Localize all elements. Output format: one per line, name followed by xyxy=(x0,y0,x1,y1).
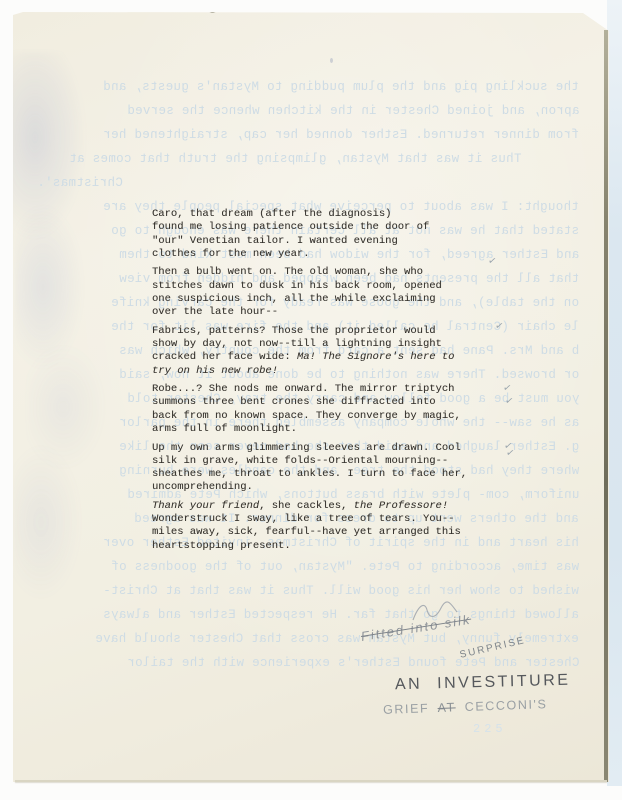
poem-stanza: Caro, that dream (after the diagnosis)fo… xyxy=(152,208,467,261)
bleedthrough-line: the suckling pig and the plum pudding to… xyxy=(103,80,579,94)
poem-segment: sheathes me, throat to ankles. I turn to… xyxy=(152,468,467,480)
poem-segment: Up my own arms glimmering sleeves are dr… xyxy=(152,442,461,454)
poem-line: arms full of moonlight. xyxy=(152,423,467,436)
poem-line: clothes for the new year. xyxy=(152,248,467,261)
poem-line: Robe...? She nods me onward. The mirror … xyxy=(152,383,467,396)
poem-segment: silk in grave, white folds--Oriental mou… xyxy=(152,455,448,467)
poem-line: Caro, that dream (after the diagnosis) xyxy=(152,208,467,221)
poem-segment: "our" Venetian tailor. I wanted evening xyxy=(152,235,398,247)
poem-line: uncomprehending. xyxy=(152,481,467,494)
poem-segment: over the late hour-- xyxy=(152,306,278,318)
poem-line: one suspicious inch, all the while excla… xyxy=(152,293,467,306)
poem-line: found me losing patience outside the doo… xyxy=(152,221,467,234)
poem-segment: stitches dawn to dusk in his back room, … xyxy=(152,280,442,292)
paper-edge-shadow xyxy=(15,780,607,782)
bleedthrough-line: Thus it was that Mystan, glimpsing the t… xyxy=(69,152,521,166)
poem-line: heartstopping present. xyxy=(152,540,467,553)
poem-segment: found me losing patience outside the doo… xyxy=(152,221,429,233)
poem-segment: miles away, sick, fearful--have yet arra… xyxy=(152,526,461,538)
poem-line: "our" Venetian tailor. I wanted evening xyxy=(152,235,467,248)
poem-segment: Caro, that dream (after the diagnosis) xyxy=(152,208,391,220)
bleedthrough-line: Chester and Pete found Esther's experien… xyxy=(127,656,579,670)
poem-italic-segment: try on his new robe! xyxy=(152,365,278,377)
poem-stanza: Up my own arms glimmering sleeves are dr… xyxy=(152,442,467,495)
poem-segment: Fabrics, patterns? Those the proprietor … xyxy=(152,325,436,337)
poem-line: summons three bent crones she diffracted… xyxy=(152,396,467,409)
poem-stanza: Robe...? She nods me onward. The mirror … xyxy=(152,383,467,436)
poem-segment: one suspicious inch, all the while excla… xyxy=(152,293,436,305)
bleedthrough-line: from dinner returned. Esther donned her … xyxy=(103,128,579,142)
poem-italic-segment: the Professore! xyxy=(354,500,449,512)
poem-stanza: Fabrics, patterns? Those the proprietor … xyxy=(152,325,467,378)
poem-line: miles away, sick, fearful--have yet arra… xyxy=(152,526,467,539)
poem-line: try on his new robe! xyxy=(152,365,467,378)
poem-segment: heartstopping present. xyxy=(152,540,291,552)
poem-segment: back from no known space. They converge … xyxy=(152,410,461,422)
poem-text: Caro, that dream (after the diagnosis)fo… xyxy=(152,208,467,558)
subtitle-pre: GRIEF xyxy=(383,701,438,717)
subtitle-struck-word: AT xyxy=(437,700,456,715)
poem-line: cracked her face wide: Ma! The Signore's… xyxy=(152,351,467,364)
poem-line: Thank your friend, she cackles, the Prof… xyxy=(152,500,467,513)
poem-line: Fabrics, patterns? Those the proprietor … xyxy=(152,325,467,338)
poem-segment: uncomprehending. xyxy=(152,481,253,493)
poem-italic-segment: Ma! The Signore's here to xyxy=(297,351,455,363)
poem-stanza: Then a bulb went on. The old woman, she … xyxy=(152,266,467,319)
poem-line: sheathes me, throat to ankles. I turn to… xyxy=(152,468,467,481)
poem-line: Wonderstruck I sway, like a tree of tear… xyxy=(152,513,467,526)
poem-segment: cracked her face wide: xyxy=(152,351,297,363)
poem-segment: Then a bulb went on. The old woman, she … xyxy=(152,266,423,278)
poem-line: stitches dawn to dusk in his back room, … xyxy=(152,280,467,293)
poem-line: Up my own arms glimmering sleeves are dr… xyxy=(152,442,467,455)
poem-line: silk in grave, white folds--Oriental mou… xyxy=(152,455,467,468)
poem-italic-segment: Thank your friend xyxy=(152,500,259,512)
poem-segment: show by day, not now--till a lightning i… xyxy=(152,338,442,350)
paper-edge-shadow xyxy=(604,30,608,782)
bleedthrough-page-number: 225 xyxy=(473,722,507,736)
bleedthrough-line: allowed things to go that far. He respec… xyxy=(103,608,579,622)
poem-segment: clothes for the new year. xyxy=(152,248,310,260)
bleedthrough-line: was time, according to Pete. "Mystan, ou… xyxy=(111,560,579,574)
poem-line: over the late hour-- xyxy=(152,306,467,319)
scanner-background-strip xyxy=(607,0,622,786)
poem-line: back from no known space. They converge … xyxy=(152,410,467,423)
bleedthrough-line: apron, and joined Chester in the kitchen… xyxy=(127,104,579,118)
bleedthrough-line: wished to show her his good will. Thus i… xyxy=(103,584,579,598)
poem-segment: , she cackles, xyxy=(259,500,354,512)
poem-line: show by day, not now--till a lightning i… xyxy=(152,338,467,351)
poem-segment: summons three bent crones she diffracted… xyxy=(152,396,436,408)
poem-stanza: Thank your friend, she cackles, the Prof… xyxy=(152,500,467,553)
poem-segment: Robe...? She nods me onward. The mirror … xyxy=(152,383,454,395)
bleedthrough-line: Christmas'. xyxy=(37,176,123,190)
poem-line: Then a bulb went on. The old woman, she … xyxy=(152,266,467,279)
poem-segment: arms full of moonlight. xyxy=(152,423,297,435)
poem-segment: Wonderstruck I sway, like a tree of tear… xyxy=(152,513,454,525)
paper-sheet: the suckling pig and the plum pudding to… xyxy=(13,12,609,782)
scanned-page: { "document": { "poem": { "stanzas": [ {… xyxy=(0,0,622,800)
